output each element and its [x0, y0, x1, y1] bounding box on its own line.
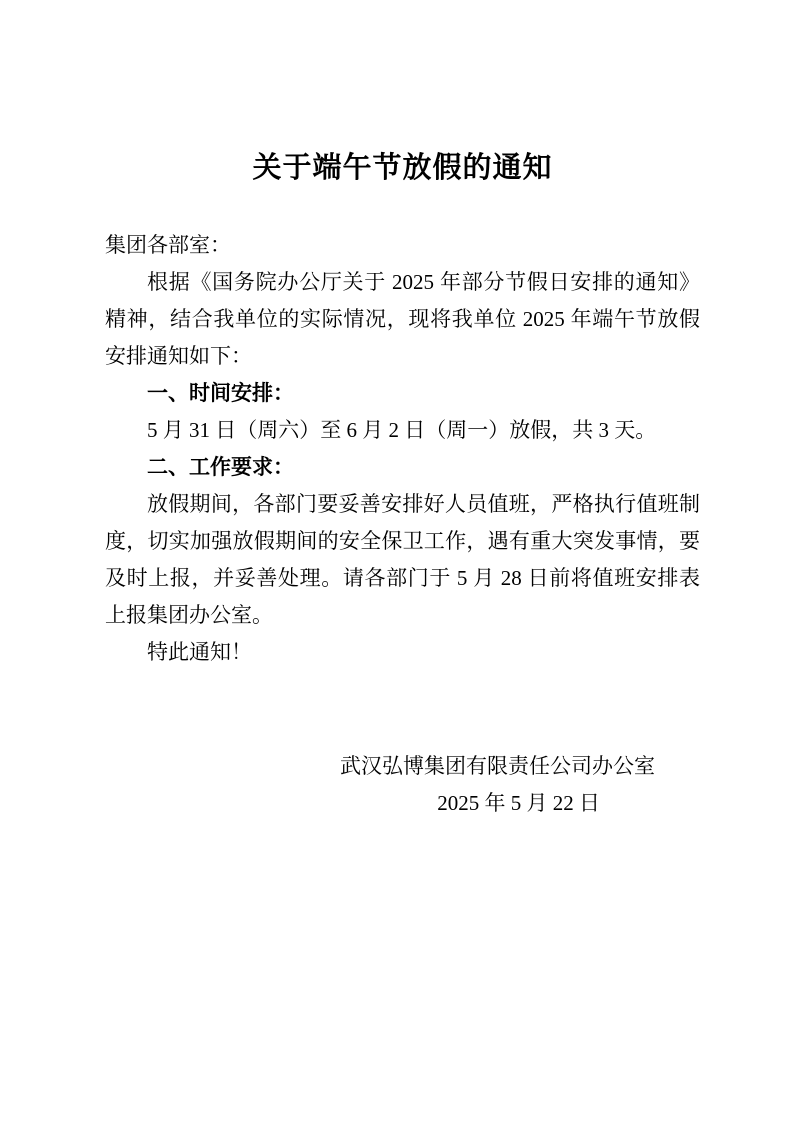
signature-block: 武汉弘博集团有限责任公司办公室 2025 年 5 月 22 日 [105, 748, 700, 822]
signature-date: 2025 年 5 月 22 日 [105, 785, 700, 822]
section-2-heading: 二、工作要求： [105, 449, 700, 486]
document-title: 关于端午节放假的通知 [105, 151, 700, 185]
intro-paragraph: 根据《国务院办公厅关于 2025 年部分节假日安排的通知》精神，结合我单位的实际… [105, 264, 700, 375]
section-1-heading: 一、时间安排： [105, 375, 700, 412]
signature-organization: 武汉弘博集团有限责任公司办公室 [105, 748, 700, 785]
section-1-body: 5 月 31 日（周六）至 6 月 2 日（周一）放假，共 3 天。 [105, 412, 700, 449]
section-2-body: 放假期间，各部门要妥善安排好人员值班，严格执行值班制度，切实加强放假期间的安全保… [105, 486, 700, 634]
closing-line: 特此通知！ [105, 634, 700, 671]
notice-page: 关于端午节放假的通知 集团各部室： 根据《国务院办公厅关于 2025 年部分节假… [0, 0, 795, 1124]
salutation: 集团各部室： [105, 227, 700, 264]
